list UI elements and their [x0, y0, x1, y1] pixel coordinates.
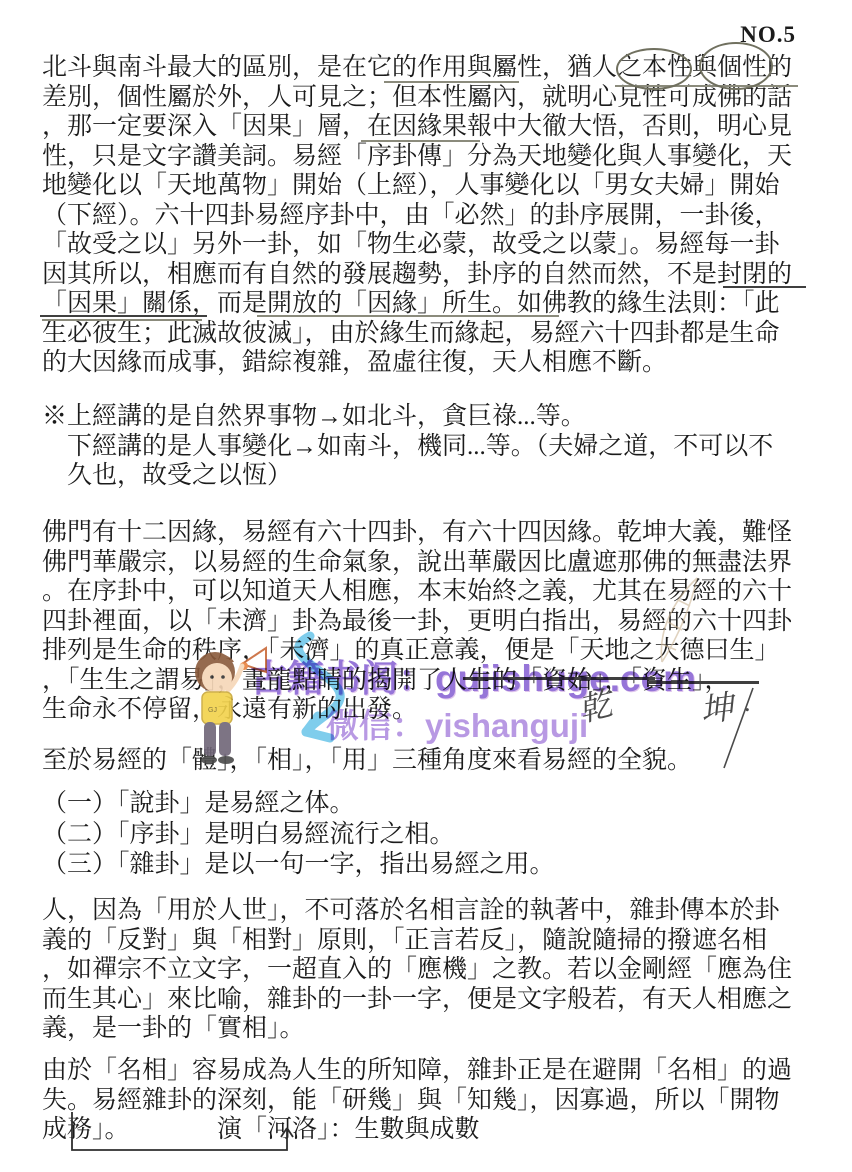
handwriting-dot: .	[744, 688, 751, 718]
text-line: 佛門有十二因緣，易經有六十四卦，有六十四因緣。乾坤大義，難怪	[42, 518, 824, 548]
text-line: 由於「名相」容易成為人生的所知障，雜卦正是在避開「名相」的過	[42, 1056, 824, 1086]
scanned-document-page: NO.5 北斗與南斗最大的區別，是在它的作用與屬性，猶人之本性與個性的 差別，個…	[0, 0, 852, 1172]
text-line: 佛門華嚴宗，以易經的生命氣象，說出華嚴因比盧遮那佛的無盡法界	[42, 548, 824, 578]
handwriting-kun: 坤	[697, 681, 736, 732]
text-line: 義，是一卦的「實相」。	[42, 1014, 824, 1044]
paragraph-1: 北斗與南斗最大的區別，是在它的作用與屬性，猶人之本性與個性的 差別，個性屬於外，…	[42, 53, 824, 378]
text-line: 性，只是文字讚美詞。易經「序卦傳」分為天地變化與人事變化，天	[42, 142, 824, 172]
note-block: ※上經講的是自然界事物→如北斗，貪巨祿...等。 下經講的是人事變化→如南斗，機…	[42, 402, 824, 491]
list-item: （二）「序卦」是明白易經流行之相。	[42, 820, 824, 851]
text-line: ，如禪宗不立文字，一超直入的「應機」之教。若以金剛經「應為住	[42, 955, 824, 985]
underline-mark	[257, 315, 559, 317]
text-line: 義的「反對」與「相對」原則，「正言若反」，隨說隨掃的撥遮名相	[42, 926, 824, 956]
text-line: 生必彼生；此滅故彼滅」，由於緣生而緣起，易經六十四卦都是生命	[42, 319, 824, 349]
underline-mark	[384, 81, 519, 83]
text-line: 而生其心」來比喻，雜卦的一卦一字，便是文字般若，有天人相應之	[42, 985, 824, 1015]
text-line: （下經）。六十四卦易經序卦中，由「必然」的卦序展開，一卦後，	[42, 201, 824, 231]
text-line: 「故受之以」另外一卦，如「物生必蒙，故受之以蒙」。易經每一卦	[42, 230, 824, 260]
text-line: 。在序卦中，可以知道天人相應，本末始終之義，尤其在易經的六十	[42, 577, 824, 607]
text-line: 地變化以「天地萬物」開始（上經），人事變化以「男女夫婦」開始	[42, 171, 824, 201]
text-line: ※上經講的是自然界事物→如北斗，貪巨祿...等。	[42, 402, 824, 432]
text-line: 至於易經的「體」，「相」，「用」三種角度來看易經的全貌。	[42, 746, 824, 776]
text-line: 失。易經雜卦的深刻，能「研幾」與「知幾」，因寡過，所以「開物	[42, 1086, 824, 1116]
list-item: （一）「說卦」是易經之体。	[42, 789, 824, 820]
underline-mark	[361, 140, 480, 142]
watermark-wechat-text: 微信：yishanguji	[326, 700, 588, 747]
underline-mark	[40, 315, 207, 317]
paragraph-4: 至於易經的「體」，「相」，「用」三種角度來看易經的全貌。	[42, 746, 824, 776]
text-line: ，那一定要深入「因果」層，在因緣果報中大徹大悟，否則，明心見	[42, 112, 824, 142]
text-line: 四卦裡面，以「未濟」卦為最後一卦，更明白指出，易經的六十四卦	[42, 607, 824, 637]
text-line: 人，因為「用於人世」，不可落於名相言詮的執著中，雜卦傳本於卦	[42, 896, 824, 926]
text-line: 的大因緣而成事，錯綜複雜，盈虛往復，天人相應不斷。	[42, 348, 824, 378]
circle-mark	[616, 48, 692, 90]
list-item: （三）「雜卦」是以一句一字，指出易經之用。	[42, 850, 824, 881]
text-line: 久也，故受之以恆）	[42, 461, 824, 491]
paragraph-6: 由於「名相」容易成為人生的所知障，雜卦正是在避開「名相」的過 失。易經雜卦的深刻…	[42, 1056, 824, 1145]
circle-mark	[699, 42, 773, 90]
underline-mark	[42, 319, 202, 321]
numbered-list: （一）「說卦」是易經之体。 （二）「序卦」是明白易經流行之相。 （三）「雜卦」是…	[42, 789, 824, 881]
paragraph-5: 人，因為「用於人世」，不可落於名相言詮的執著中，雜卦傳本於卦 義的「反對」與「相…	[42, 896, 824, 1044]
text-line: 成務」。 演「河洛」：生數與成數	[42, 1115, 824, 1145]
underline-mark	[723, 286, 806, 288]
watermark-site-text: 古籍书阁：gujishuge.com	[250, 648, 696, 702]
text-line: 下經講的是人事變化→如南斗，機同...等。（夫婦之道，不可以不	[42, 432, 824, 462]
text-line: 因其所以，相應而有自然的發展趨勢，卦序的自然而然，不是封閉的	[42, 260, 824, 290]
